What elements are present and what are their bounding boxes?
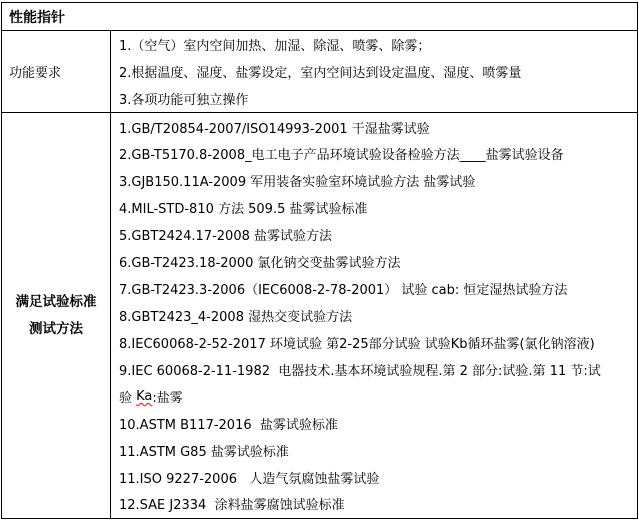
standard-item: 7.GB-T2423.3-2006（IEC6008-2-78-2001） 试验 … (111, 275, 637, 302)
standard-item: 9.IEC 60068-2-11-1982 电器技术.基本环境试验规程.第 2 … (111, 356, 637, 383)
function-line: 2.根据温度、湿度、盐雾设定，室内空间达到设定温度、湿度、喷雾量 (111, 58, 637, 85)
standard-item: 11.ISO 9227-2006 人造气氛腐蚀盐雾试验 (111, 464, 637, 491)
standard-item: 8.GBT2423_4-2008 湿热交变试验方法 (111, 302, 637, 329)
table-header-row: 性能指针 (2, 3, 637, 31)
standard-item: 4.MIL-STD-810 方法 509.5 盐雾试验标准 (111, 194, 637, 221)
standard-item: 6.GB-T2423.18-2000 氯化钠交变盐雾试验方法 (111, 248, 637, 275)
function-line: 1.（空气）室内空间加热、加湿、除湿、喷雾、除雾； (111, 31, 637, 58)
standard-item: 11.ASTM G85 盐雾试验标准 (111, 437, 637, 464)
standard-item: 10.ASTM B117-2016 盐雾试验标准 (111, 410, 637, 437)
test-standards-label-line1: 满足试验标准 (2, 289, 110, 316)
function-requirements-content-cell: 1.（空气）室内空间加热、加湿、除湿、喷雾、除雾； 2.根据温度、湿度、盐雾设定… (111, 31, 637, 112)
standard-item-wrap-line: 验 Ka:盐雾 (111, 383, 637, 410)
table-header-title: 性能指针 (9, 7, 65, 27)
standard-item: 5.GBT2424.17-2008 盐雾试验方法 (111, 221, 637, 248)
function-requirements-label-cell: 功能要求 (2, 31, 111, 112)
test-standards-label-line2: 测试方法 (2, 316, 110, 343)
test-standards-content-cell: 1.GB/T20854-2007/ISO14993-2001 干湿盐雾试验 2.… (111, 113, 637, 518)
function-line: 3.各项功能可独立操作 (111, 85, 637, 112)
spellcheck-flagged-word: Ka (136, 389, 152, 404)
test-standards-label-cell: 满足试验标准 测试方法 (2, 113, 111, 518)
standard-item: 1.GB/T20854-2007/ISO14993-2001 干湿盐雾试验 (111, 114, 637, 141)
standard-item: 3.GJB150.11A-2009 军用装备实验室环境试验方法 盐雾试验 (111, 167, 637, 194)
wrap-line-post: :盐雾 (152, 387, 182, 406)
function-requirements-row: 功能要求 1.（空气）室内空间加热、加湿、除湿、喷雾、除雾； 2.根据温度、湿度… (2, 31, 637, 113)
standard-item: 2.GB-T5170.8-2008_电工电子产品环境试验设备检验方法____盐雾… (111, 141, 637, 168)
standard-item: 8.IEC60068-2-52-2017 环境试验 第2-25部分试验 试验Kb… (111, 329, 637, 356)
function-requirements-label: 功能要求 (2, 62, 110, 81)
standard-item: 12.SAE J2334 涂料盐雾腐蚀试验标准 (111, 490, 637, 517)
wrap-line-pre: 验 (119, 387, 136, 406)
spec-table: 性能指针 功能要求 1.（空气）室内空间加热、加湿、除湿、喷雾、除雾； 2.根据… (1, 2, 638, 519)
test-standards-row: 满足试验标准 测试方法 1.GB/T20854-2007/ISO14993-20… (2, 113, 637, 518)
